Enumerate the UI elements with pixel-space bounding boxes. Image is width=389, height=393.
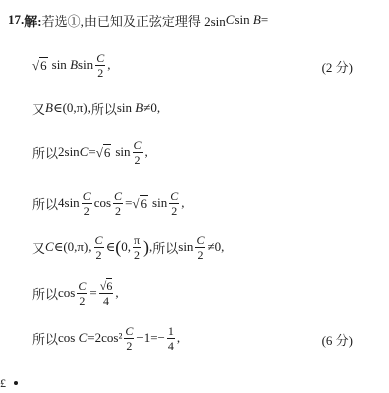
problem-number: 17. xyxy=(8,12,24,28)
score-6-label: (6 分) xyxy=(322,330,353,349)
line-8: 所以 cos C=2cos² C2−1=− 14, xyxy=(32,323,180,353)
line-1: 17. 解: 若选①,由已知及正弦定理得 2sin Csin B= xyxy=(8,5,268,35)
line-5: 所以 4sin C2cos C2= √6sin C2, xyxy=(32,188,184,218)
line-7: 所以 cos C2= √64, xyxy=(32,278,119,308)
score-2-label: (2 分) xyxy=(322,57,353,76)
cropped-fragment: £ xyxy=(0,376,6,391)
line-6: 又 C∈(0,π), C2∈ (0, π2), 所以 sin C2≠0, xyxy=(32,232,224,262)
line-4: 所以 2sin C= √6sin C2, xyxy=(32,137,148,167)
line-2: √6 sin Bsin C2, xyxy=(32,50,110,80)
bullet-dot xyxy=(14,381,18,385)
sqrt-6: √6 xyxy=(32,57,48,74)
fraction-c-over-2: C2 xyxy=(95,52,105,79)
sqrt-6: √6 xyxy=(96,144,112,161)
line-3: 又 B∈(0,π),所以 sin B≠0, xyxy=(32,93,160,123)
solution-label: 解: xyxy=(24,11,41,30)
line-1-text: 若选①,由已知及正弦定理得 2sin xyxy=(42,11,226,30)
